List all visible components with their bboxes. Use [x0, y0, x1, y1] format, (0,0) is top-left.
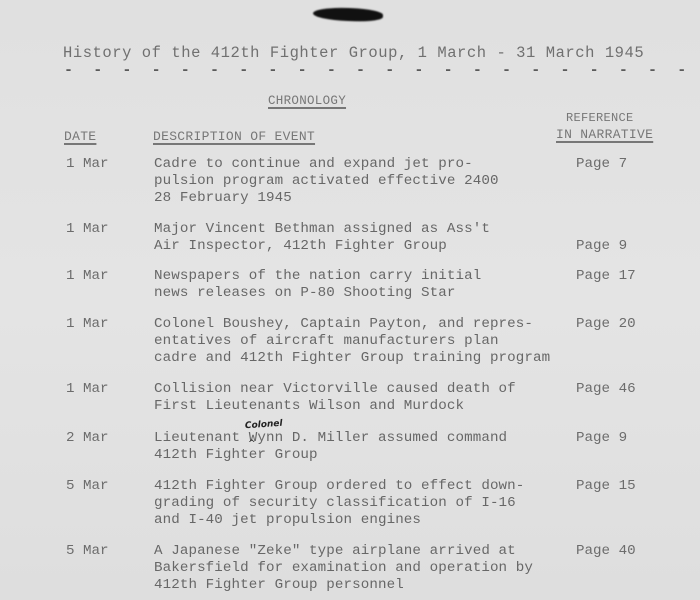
document-title: History of the 412th Fighter Group, 1 Ma… — [63, 44, 644, 62]
title-divider: - - - - - - - - - - - - - - - - - - - - … — [64, 62, 700, 79]
column-header-description: DESCRIPTION OF EVENT — [153, 129, 315, 144]
entry-reference: Page 9 — [576, 430, 627, 447]
entry-description: Lieutenant Wynn D. Miller assumed comman… — [154, 430, 507, 464]
column-header-date: DATE — [64, 129, 96, 144]
entry-reference: Page 46 — [576, 381, 636, 398]
insertion-caret: ^ — [248, 436, 256, 453]
entry-description: Colonel Boushey, Captain Payton, and rep… — [154, 316, 550, 367]
document-page: History of the 412th Fighter Group, 1 Ma… — [0, 0, 700, 600]
entry-description: Collision near Victorville caused death … — [154, 381, 516, 415]
entry-date: 1 Mar — [66, 316, 109, 333]
entry-description: A Japanese "Zeke" type airplane arrived … — [154, 543, 533, 594]
entry-reference: Page 9 — [576, 238, 627, 255]
entry-description: Major Vincent Bethman assigned as Ass't … — [154, 221, 490, 255]
entry-date: 5 Mar — [66, 478, 109, 495]
redaction-mark — [313, 7, 383, 22]
entry-date: 2 Mar — [66, 430, 109, 447]
entry-reference: Page 20 — [576, 316, 636, 333]
handwritten-annotation: Colonel — [244, 416, 283, 436]
entry-date: 1 Mar — [66, 221, 109, 238]
entry-description: Newspapers of the nation carry initial n… — [154, 268, 481, 302]
section-heading: CHRONOLOGY — [268, 94, 346, 108]
entry-date: 1 Mar — [66, 381, 109, 398]
entry-date: 1 Mar — [66, 156, 109, 173]
entry-reference: Page 17 — [576, 268, 636, 285]
column-header-reference-line1: REFERENCE — [566, 111, 634, 125]
entry-date: 5 Mar — [66, 543, 109, 560]
entry-description: 412th Fighter Group ordered to effect do… — [154, 478, 524, 529]
entry-reference: Page 7 — [576, 156, 627, 173]
entry-reference: Page 40 — [576, 543, 636, 560]
entry-description: Cadre to continue and expand jet pro- pu… — [154, 156, 499, 207]
entry-date: 1 Mar — [66, 268, 109, 285]
column-header-reference-line2: IN NARRATIVE — [556, 127, 653, 142]
entry-reference: Page 15 — [576, 478, 636, 495]
